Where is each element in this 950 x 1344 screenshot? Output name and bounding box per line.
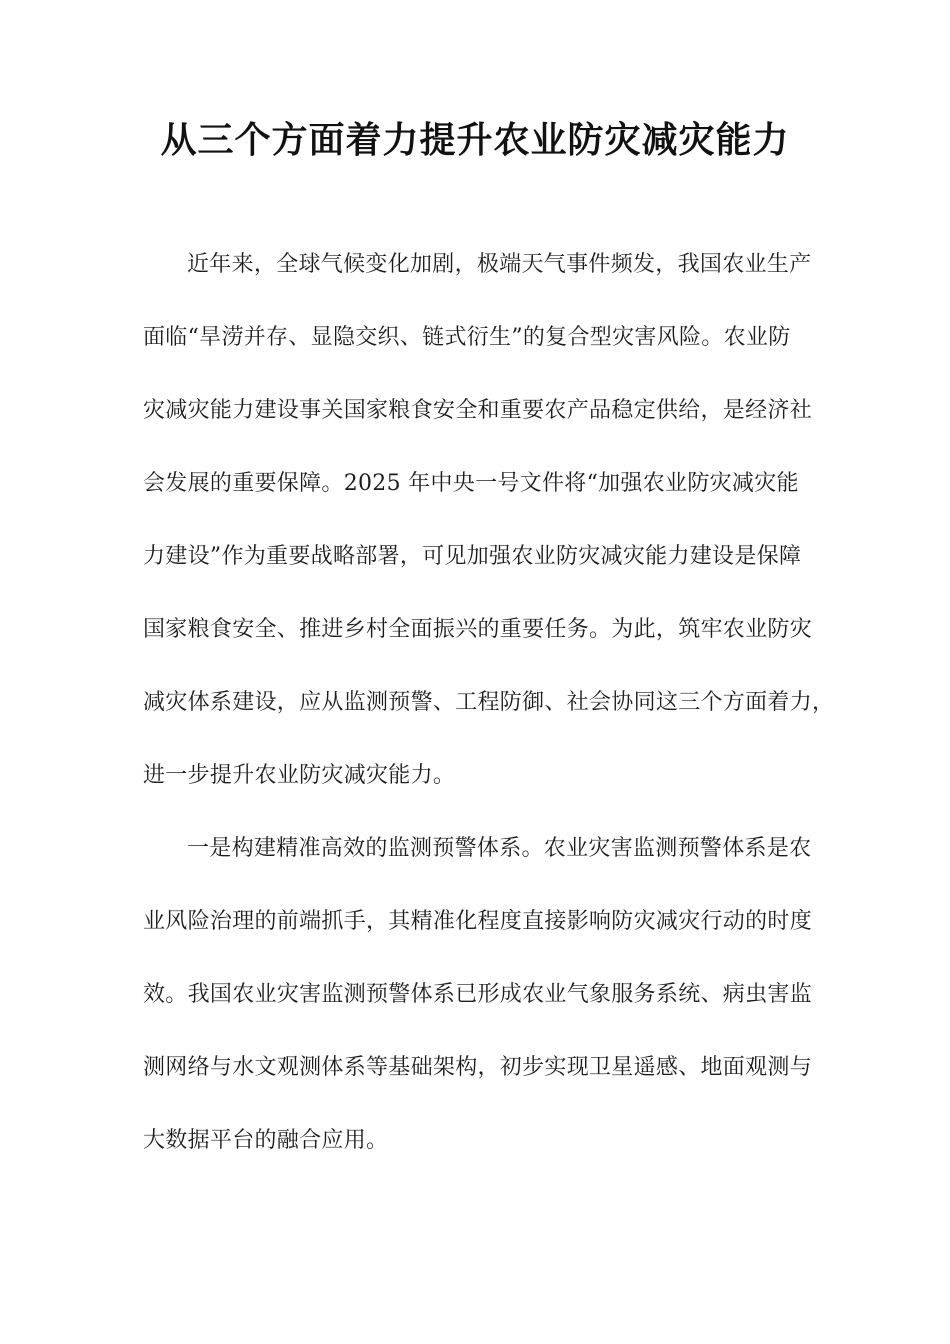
text-line: 国家粮食安全、推进乡村全面振兴的重要任务。为此，筑牢农业防灾 (143, 593, 815, 666)
text-line: 力建设”作为重要战略部署，可见加强农业防灾减灾能力建设是保障 (143, 520, 815, 593)
text-line: 进一步提升农业防灾减灾能力。 (143, 739, 815, 812)
text-line: 灾减灾能力建设事关国家粮食安全和重要农产品稳定供给，是经济社 (143, 374, 815, 447)
text-line: 面临“旱涝并存、显隐交织、链式衍生”的复合型灾害风险。农业防 (143, 301, 815, 374)
text-line: 大数据平台的融合应用。 (143, 1104, 815, 1177)
text-line: 业风险治理的前端抓手，其精准化程度直接影响防灾减灾行动的时度 (143, 885, 815, 958)
text-line: 一是构建精准高效的监测预警体系。农业灾害监测预警体系是农 (143, 812, 815, 885)
document-title: 从三个方面着力提升农业防灾减灾能力 (0, 116, 950, 164)
document-body: 近年来，全球气候变化加剧，极端天气事件频发，我国农业生产 面临“旱涝并存、显隐交… (143, 228, 815, 1177)
paragraph: 一是构建精准高效的监测预警体系。农业灾害监测预警体系是农 业风险治理的前端抓手，… (143, 812, 815, 1177)
paragraph: 近年来，全球气候变化加剧，极端天气事件频发，我国农业生产 面临“旱涝并存、显隐交… (143, 228, 815, 812)
text-line: 会发展的重要保障。2025 年中央一号文件将“加强农业防灾减灾能 (143, 447, 815, 520)
text-line: 减灾体系建设，应从监测预警、工程防御、社会协同这三个方面着力， (143, 666, 815, 739)
text-line: 近年来，全球气候变化加剧，极端天气事件频发，我国农业生产 (143, 228, 815, 301)
document-page: 从三个方面着力提升农业防灾减灾能力 近年来，全球气候变化加剧，极端天气事件频发，… (0, 0, 950, 1344)
text-line: 效。我国农业灾害监测预警体系已形成农业气象服务系统、病虫害监 (143, 958, 815, 1031)
text-line: 测网络与水文观测体系等基础架构，初步实现卫星遥感、地面观测与 (143, 1031, 815, 1104)
